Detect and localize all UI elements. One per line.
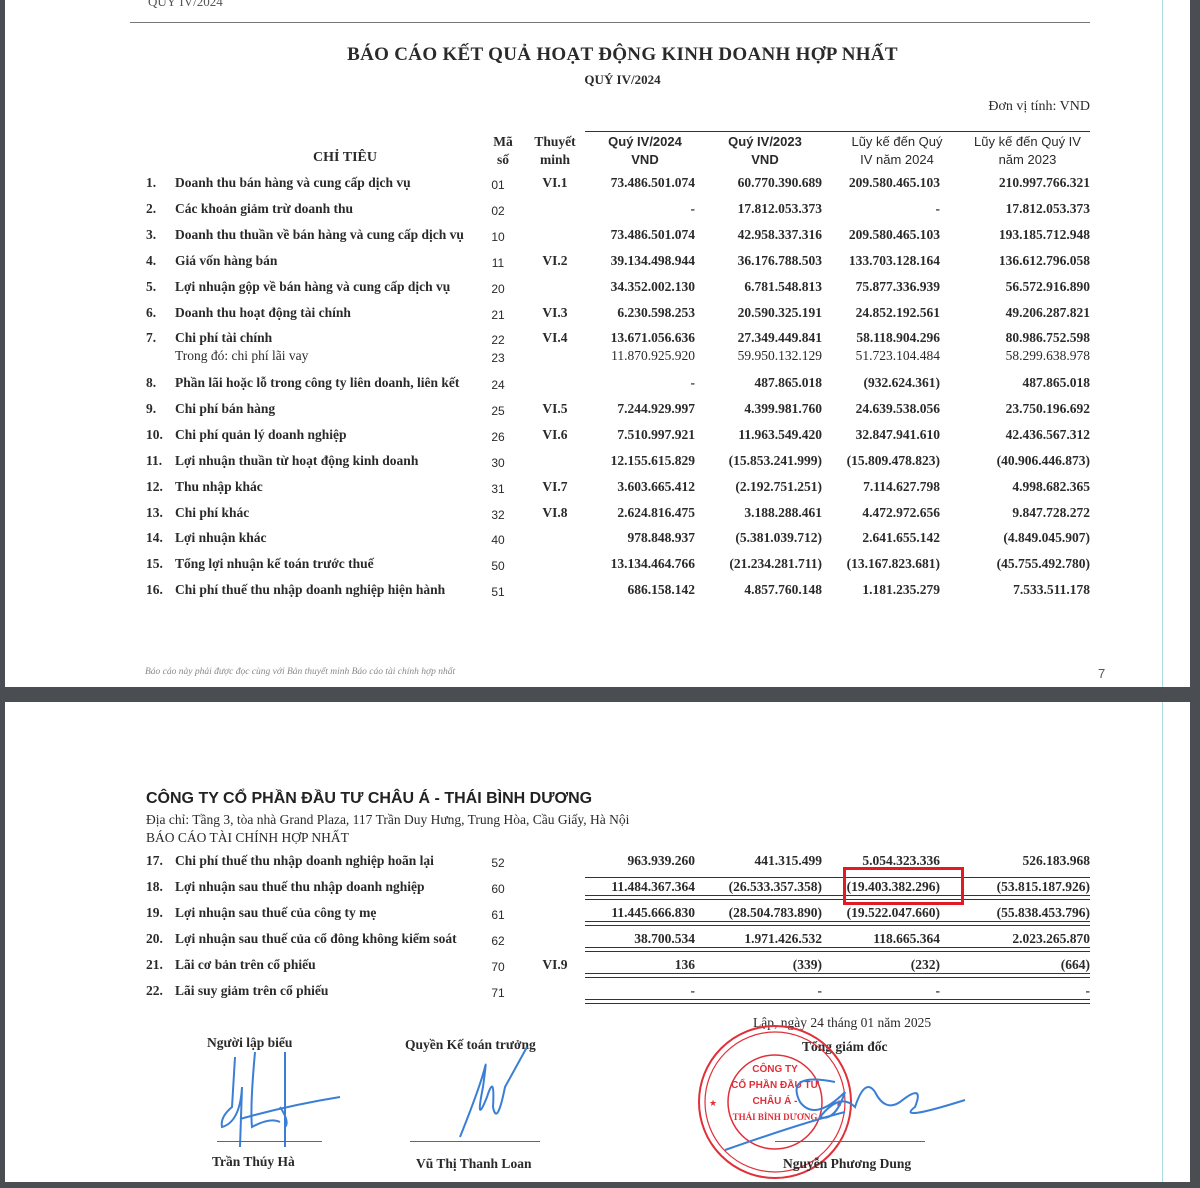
table-row: 13.Chi phí khác32VI.82.624.816.4753.188.… <box>5 505 1190 525</box>
table-row: 3.Doanh thu thuần về bán hàng và cung cấ… <box>5 227 1190 247</box>
row-number: 9. <box>146 401 156 417</box>
value-ytd-2024: (932.624.361) <box>780 375 940 391</box>
value-ytd-2023: 42.436.567.312 <box>930 427 1090 443</box>
value-ytd-2024: 7.114.627.798 <box>780 479 940 495</box>
row-number: 19. <box>146 905 163 921</box>
value-ytd-2023: (664) <box>930 957 1090 973</box>
row-label: Phần lãi hoặc lỗ trong công ty liên doan… <box>175 375 459 391</box>
row-label: Chi phí bán hàng <box>175 401 275 417</box>
row-code: 26 <box>483 430 513 444</box>
row-number: 22. <box>146 983 163 999</box>
row-code: 30 <box>483 456 513 470</box>
row-code: 51 <box>483 585 513 599</box>
row-number: 5. <box>146 279 156 295</box>
value-ytd-2023: 193.185.712.948 <box>930 227 1090 243</box>
value-ytd-2023: 210.997.766.321 <box>930 175 1090 191</box>
value-ytd-2023: 7.533.511.178 <box>930 582 1090 598</box>
company-address: Địa chỉ: Tầng 3, tòa nhà Grand Plaza, 11… <box>146 812 629 828</box>
row-label: Lợi nhuận sau thuế thu nhập doanh nghiệp <box>175 879 424 895</box>
value-ytd-2023: 80.986.752.598 <box>930 330 1090 346</box>
value-ytd-2024: 2.641.655.142 <box>780 530 940 546</box>
row-label: Các khoản giảm trừ doanh thu <box>175 201 353 217</box>
value-ytd-2024: (15.809.478.823) <box>780 453 940 469</box>
signer-name-chief-accountant: Vũ Thị Thanh Loan <box>416 1156 531 1172</box>
row-label: Lãi cơ bản trên cổ phiếu <box>175 957 316 973</box>
value-ytd-2024: 118.665.364 <box>780 931 940 947</box>
header-indicator: CHỈ TIÊU <box>275 149 415 167</box>
row-code: 50 <box>483 559 513 573</box>
header-rule <box>130 22 1090 23</box>
row-code: 52 <box>483 856 513 870</box>
signature-chief-accountant <box>445 1047 545 1147</box>
footer-note: Báo cáo này phải được đọc cùng với Bản t… <box>145 667 455 677</box>
row-code: 32 <box>483 508 513 522</box>
value-ytd-2024: 1.181.235.279 <box>780 582 940 598</box>
table-row: 6.Doanh thu hoạt động tài chính21VI.36.2… <box>5 305 1190 325</box>
value-ytd-2023: 58.299.638.978 <box>930 348 1090 364</box>
value-ytd-2023: 9.847.728.272 <box>930 505 1090 521</box>
table-row: 2.Các khoản giảm trừ doanh thu02-17.812.… <box>5 201 1190 221</box>
value-ytd-2023: 56.572.916.890 <box>930 279 1090 295</box>
value-ytd-2023: (40.906.446.873) <box>930 453 1090 469</box>
value-ytd-2023: 2.023.265.870 <box>930 931 1090 947</box>
row-code: 31 <box>483 482 513 496</box>
row-number: 12. <box>146 479 163 495</box>
row-label: Chi phí khác <box>175 505 249 521</box>
header-note: Thuyếtminh <box>525 133 585 169</box>
total-double-rule <box>585 947 1090 952</box>
value-ytd-2024: 51.723.104.484 <box>780 348 940 364</box>
header-q4-2024: Quý IV/2024VND <box>585 133 705 169</box>
row-number: 2. <box>146 201 156 217</box>
table-row: 5.Lợi nhuận gộp về bán hàng và cung cấp … <box>5 279 1190 299</box>
document-page-7: QUÝ IV/2024 BÁO CÁO KẾT QUẢ HOẠT ĐỘNG KI… <box>5 0 1190 687</box>
table-row: 9.Chi phí bán hàng25VI.57.244.929.9974.3… <box>5 401 1190 421</box>
value-ytd-2024: 133.703.128.164 <box>780 253 940 269</box>
row-label: Lợi nhuận khác <box>175 530 267 546</box>
highlight-box <box>843 867 964 905</box>
row-label: Tổng lợi nhuận kế toán trước thuế <box>175 556 374 572</box>
row-number: 3. <box>146 227 156 243</box>
signer-name-general-director: Nguyễn Phương Dung <box>783 1156 911 1172</box>
row-code: 20 <box>483 282 513 296</box>
value-ytd-2023: 487.865.018 <box>930 375 1090 391</box>
row-label: Doanh thu hoạt động tài chính <box>175 305 351 321</box>
signature-line <box>217 1141 322 1142</box>
value-ytd-2024: 58.118.904.296 <box>780 330 940 346</box>
row-label: Chi phí thuế thu nhập doanh nghiệp hoãn … <box>175 853 434 869</box>
row-code: 22 <box>483 333 513 347</box>
row-label: Lợi nhuận sau thuế của công ty mẹ <box>175 905 376 921</box>
table-row: 16.Chi phí thuế thu nhập doanh nghiệp hi… <box>5 582 1190 602</box>
row-number: 6. <box>146 305 156 321</box>
table-row: 7.Chi phí tài chính22VI.413.671.056.6362… <box>5 330 1190 350</box>
table-row: 1.Doanh thu bán hàng và cung cấp dịch vụ… <box>5 175 1190 195</box>
value-ytd-2024: - <box>780 983 940 999</box>
row-code: 40 <box>483 533 513 547</box>
row-code: 10 <box>483 230 513 244</box>
value-ytd-2023: 23.750.196.692 <box>930 401 1090 417</box>
value-ytd-2024: 75.877.336.939 <box>780 279 940 295</box>
value-ytd-2024: (13.167.823.681) <box>780 556 940 572</box>
signature-general-director <box>725 1062 965 1152</box>
row-number: 13. <box>146 505 163 521</box>
row-number: 10. <box>146 427 163 443</box>
row-number: 16. <box>146 582 163 598</box>
header-ytd-2023: Lũy kế đến Quý IVnăm 2023 <box>955 133 1100 169</box>
value-ytd-2024: (19.522.047.660) <box>780 905 940 921</box>
row-code: 61 <box>483 908 513 922</box>
document-page-8: CÔNG TY CỔ PHẦN ĐẦU TƯ CHÂU Á - THÁI BÌN… <box>5 702 1190 1182</box>
value-ytd-2024: 24.639.538.056 <box>780 401 940 417</box>
row-label: Chi phí thuế thu nhập doanh nghiệp hiện … <box>175 582 445 598</box>
header-code: Mãsố <box>483 133 523 169</box>
table-row: 11.Lợi nhuận thuần từ hoạt động kinh doa… <box>5 453 1190 473</box>
row-number: 21. <box>146 957 163 973</box>
table-row: 15.Tổng lợi nhuận kế toán trước thuế5013… <box>5 556 1190 576</box>
row-code: 60 <box>483 882 513 896</box>
report-subtitle: QUÝ IV/2024 <box>5 72 1190 88</box>
signer-name-preparer: Trần Thúy Hà <box>212 1154 295 1170</box>
report-title: BÁO CÁO KẾT QUẢ HOẠT ĐỘNG KINH DOANH HỢP… <box>5 44 1190 66</box>
row-label: Lợi nhuận sau thuế của cổ đông không kiể… <box>175 931 457 947</box>
value-ytd-2024: - <box>780 201 940 217</box>
signature-preparer <box>210 1047 350 1147</box>
table-row: Trong đó: chi phí lãi vay2311.870.925.92… <box>5 348 1190 368</box>
table-header-rule <box>585 131 1090 132</box>
row-label: Doanh thu bán hàng và cung cấp dịch vụ <box>175 175 411 191</box>
row-code: 11 <box>483 256 513 270</box>
value-ytd-2024: 32.847.941.610 <box>780 427 940 443</box>
value-ytd-2024: 209.580.465.103 <box>780 227 940 243</box>
row-number: 17. <box>146 853 163 869</box>
value-ytd-2023: - <box>930 983 1090 999</box>
table-row: 8.Phần lãi hoặc lỗ trong công ty liên do… <box>5 375 1190 395</box>
row-label: Chi phí quản lý doanh nghiệp <box>175 427 346 443</box>
subtotal-rule <box>585 877 1090 878</box>
page-number: 7 <box>1098 666 1105 681</box>
value-ytd-2023: 4.998.682.365 <box>930 479 1090 495</box>
row-number: 7. <box>146 330 156 346</box>
value-ytd-2023: 17.812.053.373 <box>930 201 1090 217</box>
currency-unit: Đơn vị tính: VND <box>988 99 1090 115</box>
row-code: 02 <box>483 204 513 218</box>
row-number: 8. <box>146 375 156 391</box>
row-code: 21 <box>483 308 513 322</box>
row-number: 18. <box>146 879 163 895</box>
value-ytd-2024: (232) <box>780 957 940 973</box>
header-ytd-2024: Lũy kế đến QuýIV năm 2024 <box>827 133 967 169</box>
table-row: 17.Chi phí thuế thu nhập doanh nghiệp ho… <box>5 853 1190 873</box>
row-code: 62 <box>483 934 513 948</box>
total-double-rule <box>585 921 1090 926</box>
row-label: Lợi nhuận thuần từ hoạt động kinh doanh <box>175 453 418 469</box>
value-ytd-2024: 209.580.465.103 <box>780 175 940 191</box>
table-row: 14.Lợi nhuận khác40978.848.937(5.381.039… <box>5 530 1190 550</box>
table-row: 4.Giá vốn hàng bán11VI.239.134.498.94436… <box>5 253 1190 273</box>
report-name: BÁO CÁO TÀI CHÍNH HỢP NHẤT <box>146 830 349 846</box>
total-double-rule <box>585 999 1090 1004</box>
row-label: Doanh thu thuần về bán hàng và cung cấp … <box>175 227 464 243</box>
row-label: Lợi nhuận gộp về bán hàng và cung cấp dị… <box>175 279 450 295</box>
row-code: 23 <box>483 351 513 365</box>
header-q4-2023: Quý IV/2023VND <box>705 133 825 169</box>
total-double-rule <box>585 895 1090 900</box>
svg-text:★: ★ <box>709 1098 717 1108</box>
value-ytd-2023: 136.612.796.058 <box>930 253 1090 269</box>
table-row: 12.Thu nhập khác31VI.73.603.665.412(2.19… <box>5 479 1190 499</box>
row-label: Lãi suy giảm trên cổ phiếu <box>175 983 328 999</box>
running-header: QUÝ IV/2024 <box>148 0 223 10</box>
value-ytd-2023: (4.849.045.907) <box>930 530 1090 546</box>
row-code: 71 <box>483 986 513 1000</box>
row-label: Chi phí tài chính <box>175 330 272 346</box>
table-row: 10.Chi phí quản lý doanh nghiệp26VI.67.5… <box>5 427 1190 447</box>
row-code: 70 <box>483 960 513 974</box>
row-code: 01 <box>483 178 513 192</box>
row-label: Thu nhập khác <box>175 479 263 495</box>
total-double-rule <box>585 973 1090 978</box>
value-ytd-2023: (45.755.492.780) <box>930 556 1090 572</box>
signature-line <box>410 1141 540 1142</box>
row-number: 15. <box>146 556 163 572</box>
row-number: 14. <box>146 530 163 546</box>
row-number: 4. <box>146 253 156 269</box>
row-code: 25 <box>483 404 513 418</box>
value-ytd-2023: (55.838.453.796) <box>930 905 1090 921</box>
company-name: CÔNG TY CỔ PHẦN ĐẦU TƯ CHÂU Á - THÁI BÌN… <box>146 790 592 808</box>
row-label: Trong đó: chi phí lãi vay <box>175 348 308 364</box>
value-ytd-2024: 4.472.972.656 <box>780 505 940 521</box>
signature-line <box>775 1141 925 1142</box>
row-code: 24 <box>483 378 513 392</box>
value-ytd-2024: 24.852.192.561 <box>780 305 940 321</box>
row-number: 11. <box>146 453 162 469</box>
row-number: 1. <box>146 175 156 191</box>
row-label: Giá vốn hàng bán <box>175 253 277 269</box>
value-ytd-2023: 49.206.287.821 <box>930 305 1090 321</box>
row-number: 20. <box>146 931 163 947</box>
